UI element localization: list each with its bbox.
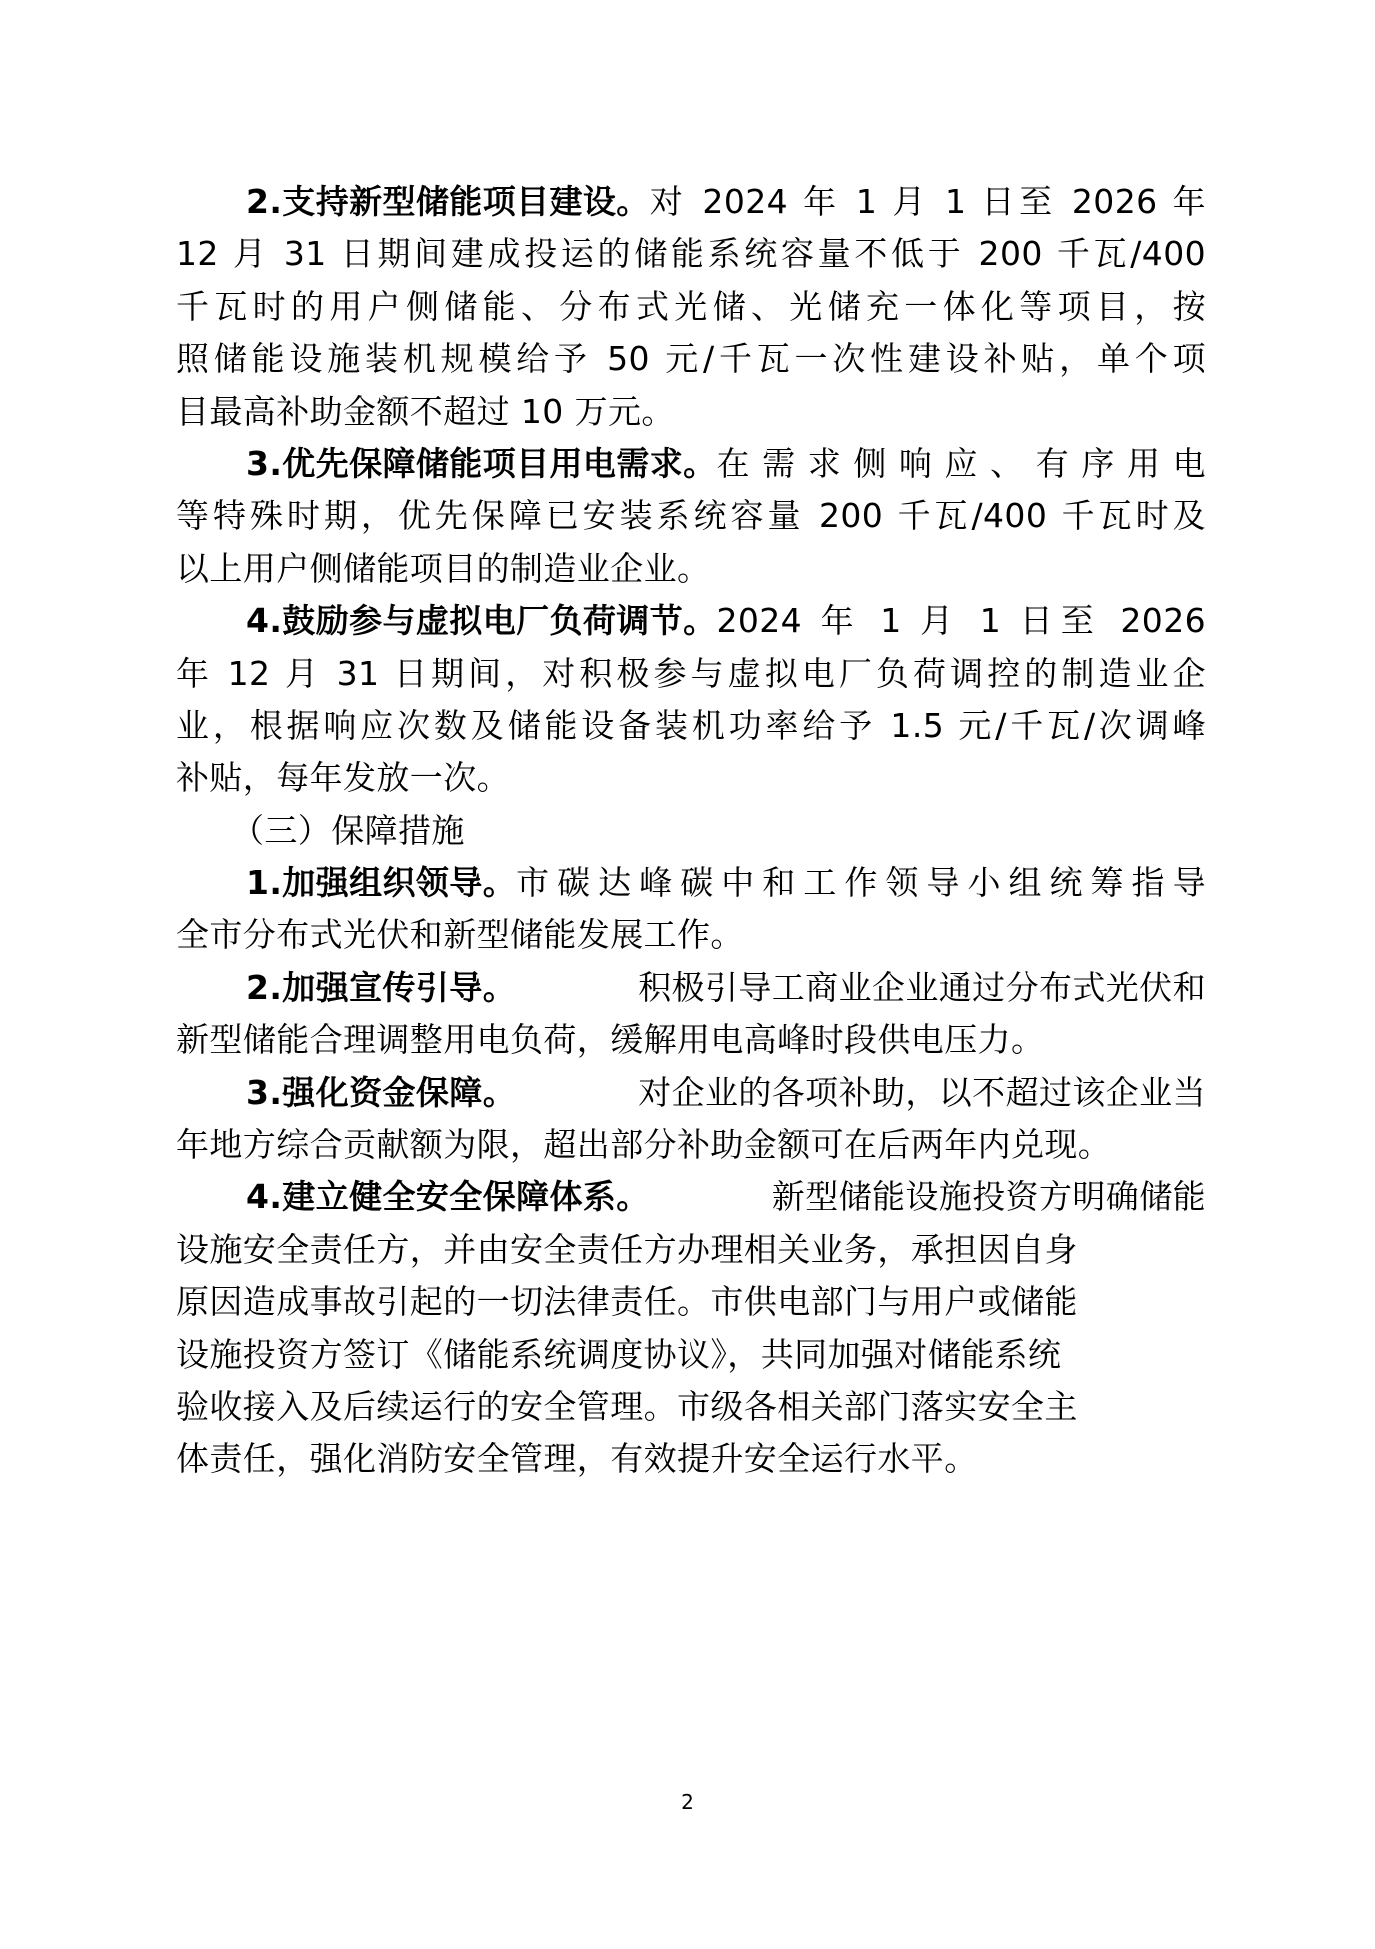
measure-organization: 1.加强组织领导。 市碳达峰碳中和工作领导小组统筹指导 全市分布式光伏和新型储能… — [176, 857, 1206, 962]
paragraph-line: 年 12 月 31 日期间，对积极参与虚拟电厂负荷调控的制造业企 — [176, 648, 1206, 700]
measure-heading: 1.加强组织领导。 — [246, 857, 516, 909]
paragraph-line: 3.强化资金保障。 对企业的各项补助，以不超过该企业当 — [176, 1067, 1206, 1119]
measure-text: 新型储能合理调整用电负荷，缓解用电高峰时段供电压力。 — [176, 1014, 1044, 1066]
paragraph-line: 3.优先保障储能项目用电需求。 在需求侧响应、有序用电 — [176, 438, 1206, 490]
paragraph-virtual-power-plant: 4.鼓励参与虚拟电厂负荷调节。 2024 年 1 月 1 日至 2026 年 1… — [176, 595, 1206, 805]
paragraph-heading: 2.支持新型储能项目建设。 — [246, 176, 650, 228]
paragraph-line: 千瓦时的用户侧储能、分布式光储、光储充一体化等项目，按 — [176, 281, 1206, 333]
paragraph-line: 设施投资方签订《储能系统调度协议》，共同加强对储能系统 — [176, 1329, 1206, 1381]
paragraph-text: 目最高补助金额不超过 10 万元。 — [176, 386, 675, 438]
paragraph-line: 4.鼓励参与虚拟电厂负荷调节。 2024 年 1 月 1 日至 2026 — [176, 595, 1206, 647]
paragraph-heading: 4.鼓励参与虚拟电厂负荷调节。 — [246, 595, 717, 647]
measure-safety: 4.建立健全安全保障体系。 新型储能设施投资方明确储能 设施安全责任方，并由安全… — [176, 1171, 1206, 1485]
section-heading-text: （三）保障措施 — [231, 805, 465, 857]
paragraph-line: 2.加强宣传引导。 积极引导工商业企业通过分布式光伏和 — [176, 962, 1206, 1014]
paragraph-text: 对 2024 年 1 月 1 日至 2026 年 — [650, 176, 1206, 228]
measure-text: 市碳达峰碳中和工作领导小组统筹指导 — [516, 857, 1206, 909]
paragraph-text: 等特殊时期，优先保障已安装系统容量 200 千瓦/400 千瓦时及 — [176, 490, 1206, 542]
paragraph-line: 业，根据响应次数及储能设备装机功率给予 1.5 元/千瓦/次调峰 — [176, 700, 1206, 752]
paragraph-text: 补贴，每年发放一次。 — [176, 752, 510, 804]
paragraph-text: 以上用户侧储能项目的制造业企业。 — [176, 543, 710, 595]
measure-publicity: 2.加强宣传引导。 积极引导工商业企业通过分布式光伏和 新型储能合理调整用电负荷… — [176, 962, 1206, 1067]
paragraph-heading: 3.优先保障储能项目用电需求。 — [246, 438, 717, 490]
paragraph-line: 全市分布式光伏和新型储能发展工作。 — [176, 909, 1206, 961]
paragraph-line: 4.建立健全安全保障体系。 新型储能设施投资方明确储能 — [176, 1171, 1206, 1223]
paragraph-line: 验收接入及后续运行的安全管理。市级各相关部门落实安全主 — [176, 1381, 1206, 1433]
measure-funding: 3.强化资金保障。 对企业的各项补助，以不超过该企业当 年地方综合贡献额为限，超… — [176, 1067, 1206, 1172]
measure-heading: 4.建立健全安全保障体系。 — [246, 1171, 650, 1223]
paragraph-text: 千瓦时的用户侧储能、分布式光储、光储充一体化等项目，按 — [176, 281, 1206, 333]
paragraph-text: 12 月 31 日期间建成投运的储能系统容量不低于 200 千瓦/400 — [176, 228, 1206, 280]
measure-text: 积极引导工商业企业通过分布式光伏和 — [638, 962, 1206, 1014]
paragraph-text: 业，根据响应次数及储能设备装机功率给予 1.5 元/千瓦/次调峰 — [176, 700, 1206, 752]
paragraph-storage-construction: 2.支持新型储能项目建设。 对 2024 年 1 月 1 日至 2026 年 1… — [176, 176, 1206, 438]
paragraph-line: 以上用户侧储能项目的制造业企业。 — [176, 543, 1206, 595]
paragraph-text: 2024 年 1 月 1 日至 2026 — [717, 595, 1207, 647]
paragraph-line: 12 月 31 日期间建成投运的储能系统容量不低于 200 千瓦/400 — [176, 228, 1206, 280]
measure-heading: 2.加强宣传引导。 — [246, 962, 516, 1014]
paragraph-line: 1.加强组织领导。 市碳达峰碳中和工作领导小组统筹指导 — [176, 857, 1206, 909]
paragraph-power-priority: 3.优先保障储能项目用电需求。 在需求侧响应、有序用电 等特殊时期，优先保障已安… — [176, 438, 1206, 595]
measure-text: 新型储能设施投资方明确储能 — [772, 1171, 1206, 1223]
document-body: 2.支持新型储能项目建设。 对 2024 年 1 月 1 日至 2026 年 1… — [176, 176, 1206, 1486]
measure-text: 对企业的各项补助，以不超过该企业当 — [638, 1067, 1206, 1119]
measure-text: 体责任，强化消防安全管理，有效提升安全运行水平。 — [176, 1433, 978, 1485]
paragraph-text: 在需求侧响应、有序用电 — [717, 438, 1207, 490]
paragraph-text: 照储能设施装机规模给予 50 元/千瓦一次性建设补贴，单个项 — [176, 333, 1206, 385]
page-number: 2 — [0, 1790, 1375, 1814]
measure-text: 年地方综合贡献额为限，超出部分补助金额可在后两年内兑现。 — [176, 1119, 1111, 1171]
paragraph-line: 年地方综合贡献额为限，超出部分补助金额可在后两年内兑现。 — [176, 1119, 1206, 1171]
measure-text: 设施安全责任方，并由安全责任方办理相关业务，承担因自身 — [176, 1224, 1078, 1276]
measure-text: 设施投资方签订《储能系统调度协议》，共同加强对储能系统 — [176, 1329, 1061, 1381]
measure-heading: 3.强化资金保障。 — [246, 1067, 516, 1119]
paragraph-text: 年 12 月 31 日期间，对积极参与虚拟电厂负荷调控的制造业企 — [176, 648, 1206, 700]
paragraph-line: 等特殊时期，优先保障已安装系统容量 200 千瓦/400 千瓦时及 — [176, 490, 1206, 542]
paragraph-line: 体责任，强化消防安全管理，有效提升安全运行水平。 — [176, 1433, 1206, 1485]
paragraph-line: 2.支持新型储能项目建设。 对 2024 年 1 月 1 日至 2026 年 — [176, 176, 1206, 228]
paragraph-line: 补贴，每年发放一次。 — [176, 752, 1206, 804]
paragraph-line: 设施安全责任方，并由安全责任方办理相关业务，承担因自身 — [176, 1224, 1206, 1276]
paragraph-line: 新型储能合理调整用电负荷，缓解用电高峰时段供电压力。 — [176, 1014, 1206, 1066]
paragraph-line: 原因造成事故引起的一切法律责任。市供电部门与用户或储能 — [176, 1276, 1206, 1328]
measure-text: 验收接入及后续运行的安全管理。市级各相关部门落实安全主 — [176, 1381, 1078, 1433]
document-page: 2.支持新型储能项目建设。 对 2024 年 1 月 1 日至 2026 年 1… — [0, 0, 1375, 1949]
measure-text: 原因造成事故引起的一切法律责任。市供电部门与用户或储能 — [176, 1276, 1078, 1328]
section-heading: （三）保障措施 — [176, 805, 1206, 857]
measure-text: 全市分布式光伏和新型储能发展工作。 — [176, 909, 744, 961]
paragraph-line: 目最高补助金额不超过 10 万元。 — [176, 386, 1206, 438]
paragraph-line: 照储能设施装机规模给予 50 元/千瓦一次性建设补贴，单个项 — [176, 333, 1206, 385]
